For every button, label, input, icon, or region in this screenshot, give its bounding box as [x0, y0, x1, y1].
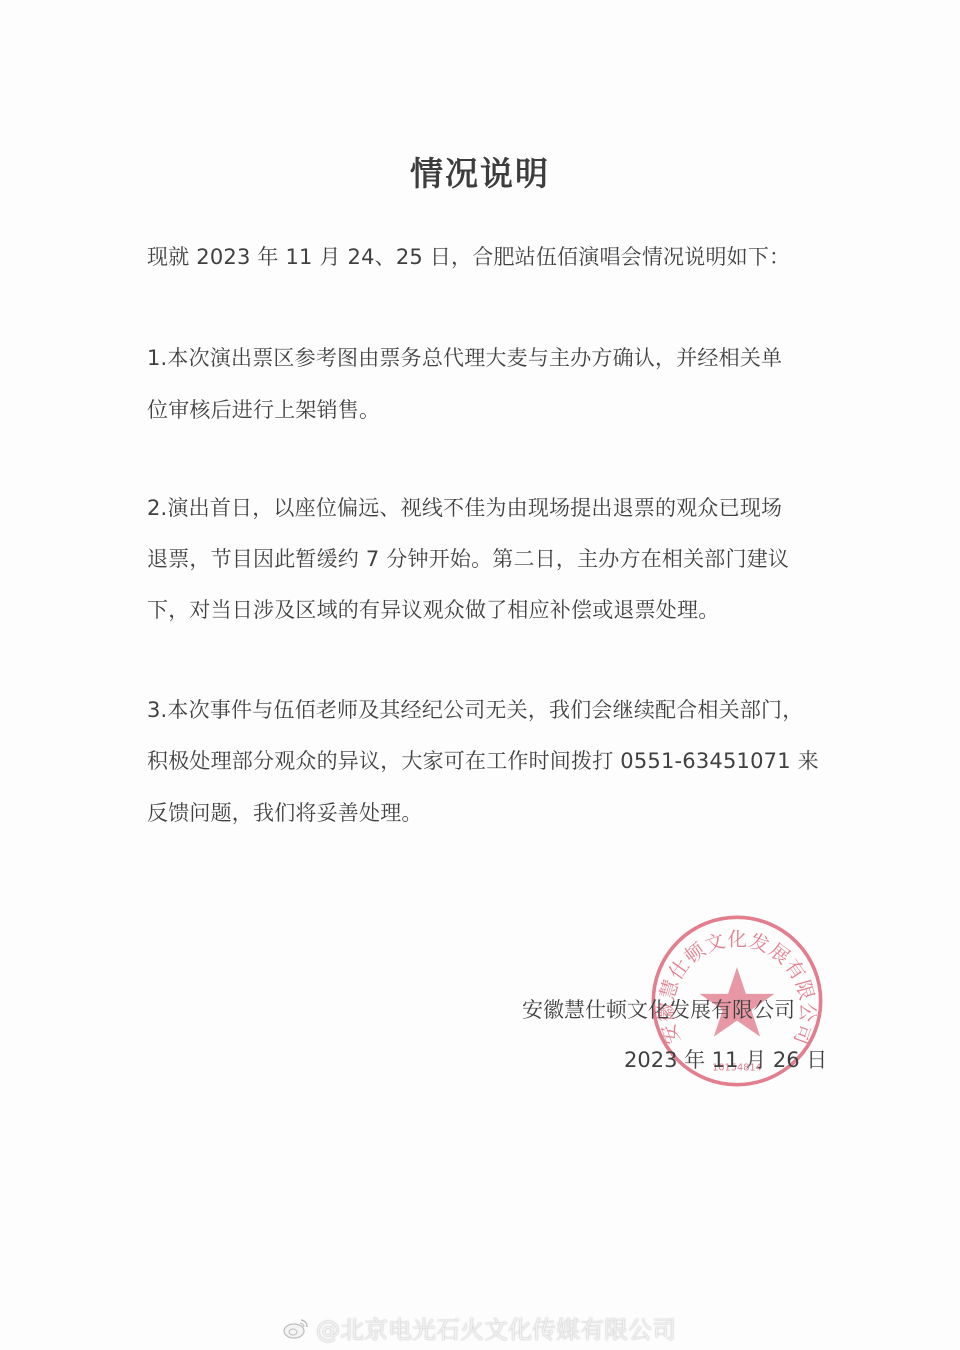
item-2-line-1: 2.演出首日，以座位偏远、视线不佳为由现场提出退票的观众已现场 [147, 492, 782, 522]
item-2-line-2: 退票，节目因此暂缓约 7 分钟开始。第二日，主办方在相关部门建议 [147, 543, 789, 573]
document-title: 情况说明 [0, 148, 960, 195]
item-2-line-3: 下，对当日涉及区域的有异议观众做了相应补偿或退票处理。 [147, 594, 719, 624]
signature-date: 2023 年 11 月 26 日 [624, 1044, 827, 1074]
weibo-watermark: @北京电光石火文化传媒有限公司 [282, 1310, 676, 1345]
item-1-line-2: 位审核后进行上架销售。 [147, 394, 380, 424]
watermark-text: @北京电光石火文化传媒有限公司 [316, 1310, 676, 1345]
item-3-line-3: 反馈问题，我们将妥善处理。 [147, 797, 423, 827]
weibo-icon [282, 1316, 310, 1340]
item-3-line-1: 3.本次事件与伍佰老师及其经纪公司无关，我们会继续配合相关部门， [147, 694, 803, 724]
item-3-line-2: 积极处理部分观众的异议，大家可在工作时间拨打 0551-63451071 来 [147, 745, 819, 775]
item-1-line-1: 1.本次演出票区参考图由票务总代理大麦与主办方确认，并经相关单 [147, 342, 782, 372]
document-page: 情况说明 现就 2023 年 11 月 24、25 日，合肥站伍佰演唱会情况说明… [0, 0, 960, 1350]
signature-company: 安徽慧仕顿文化发展有限公司 [522, 994, 795, 1024]
intro-text: 现就 2023 年 11 月 24、25 日，合肥站伍佰演唱会情况说明如下： [147, 241, 790, 271]
